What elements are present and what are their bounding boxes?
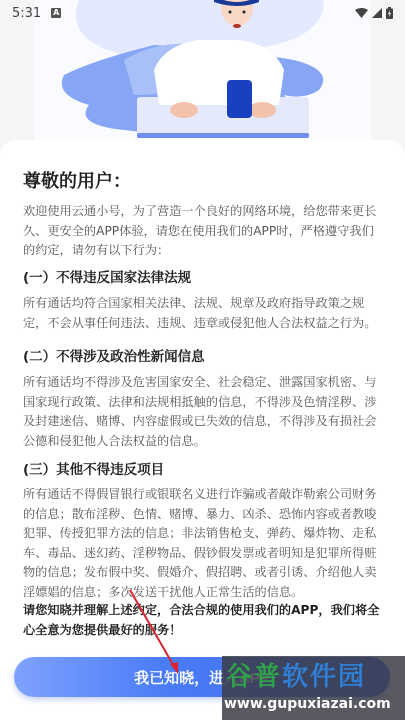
closing-text: 请您知晓并理解上述约定，合法合规的使用我们的APP，我们将全心全意为您提供最好的… — [23, 601, 383, 640]
section-2-body: 所有通话均不得涉及危害国家安全、社会稳定、泄露国家机密、与国家现行政策、法律和法… — [23, 373, 385, 451]
status-time: 5:31 — [12, 6, 41, 21]
notification-a-icon: A — [51, 8, 61, 18]
section-1-heading: (一）不得违反国家法律法规 — [23, 266, 191, 286]
watermark-title: 谷普软件园 — [226, 656, 366, 693]
wifi-icon — [355, 8, 368, 18]
section-2-heading: (二）不得涉及政治性新闻信息 — [23, 345, 205, 365]
dialog-title: 尊敬的用户： — [23, 167, 131, 193]
section-1-body: 所有通话均符合国家相关法律、法规、规章及政府指导政策之规定，不会从事任何违法、违… — [23, 294, 385, 333]
section-3-body: 所有通话不得假冒银行或银联名义进行诈骗或者敲诈勒索公司财务的信息；散布淫秽、色情… — [23, 485, 385, 602]
intro-text: 欢迎使用云通小号，为了营造一个良好的网络环境，给您带来更长久、更安全的APP体验… — [23, 202, 385, 261]
watermark-url: www.gupuxiazai.com — [224, 696, 391, 712]
section-3-heading: (三）其他不得违反项目 — [23, 458, 164, 478]
battery-charging-icon — [386, 7, 393, 19]
signal-icon — [372, 8, 382, 18]
status-bar: 5:31 A — [0, 0, 405, 26]
watermark: 谷普软件园 www.gupuxiazai.com — [222, 656, 405, 720]
